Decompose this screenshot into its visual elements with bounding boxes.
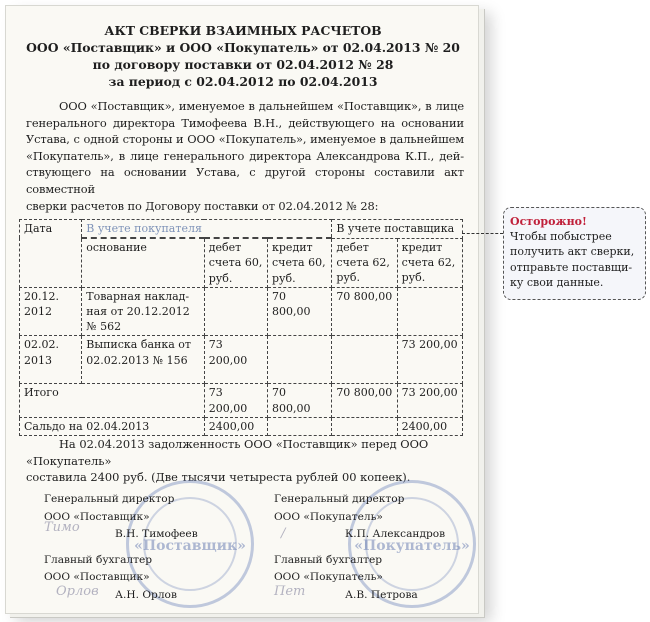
header-debit62: дебет счета 62, руб. bbox=[332, 238, 397, 287]
callout-heading: Осторожно! bbox=[510, 214, 640, 229]
warning-callout: Осторожно! Чтобы побыстрее получить акт … bbox=[503, 207, 646, 300]
intro-line: сверки расчетов по Договору поставки от … bbox=[26, 198, 464, 215]
callout-connector bbox=[462, 233, 503, 234]
header-basis: основание bbox=[82, 238, 204, 287]
total-label: Итого bbox=[20, 384, 205, 417]
cell-credit62: 73 200,00 bbox=[397, 336, 462, 384]
buyer-director-title: Генеральный директор bbox=[274, 491, 445, 509]
intro-line: Устава, с одной стороны и ООО «Покупател… bbox=[26, 131, 464, 148]
cell-credit60: 70 800,00 bbox=[268, 287, 332, 336]
reconciliation-table: Дата В учете покупателя В учете поставщи… bbox=[19, 219, 463, 436]
cell-credit60 bbox=[268, 336, 332, 384]
table-balance-row: Сальдо на 02.04.2013 2400,00 2400,00 bbox=[20, 417, 463, 435]
supplier-director-title: Генеральный директор bbox=[44, 491, 198, 509]
cell-credit62 bbox=[397, 287, 462, 336]
table-total-row: Итого 73 200,00 70 800,00 70 800,00 73 2… bbox=[20, 384, 463, 417]
title-line: АКТ СВЕРКИ ВЗАИМНЫХ РАСЧЕТОВ bbox=[6, 22, 480, 39]
intro-line: ствующего на основании Устава, с другой … bbox=[26, 164, 464, 197]
cell-basis: Товарная наклад-ная от 20.12.2012 № 562 bbox=[82, 287, 204, 336]
callout-line: ку свои данные. bbox=[510, 275, 640, 290]
cell-date: 20.12. 2012 bbox=[20, 287, 82, 336]
table-subheader-row: основание дебет счета 60, руб. кредит сч… bbox=[20, 238, 463, 287]
supplier-accountant-title: Главный бухгалтер bbox=[44, 552, 198, 570]
spacer bbox=[274, 544, 445, 552]
cell-debit62 bbox=[332, 336, 397, 384]
callout-text: Чтобы побыстрее получить акт сверки, отп… bbox=[510, 229, 640, 290]
table-row: 20.12. 2012 Товарная наклад-ная от 20.12… bbox=[20, 287, 463, 336]
cell-date: 02.02. 2013 bbox=[20, 336, 82, 384]
intro-line: «Покупатель», в лице генерального директ… bbox=[26, 148, 464, 165]
header-debit60: дебет счета 60, руб. bbox=[204, 238, 267, 287]
total-credit60: 70 800,00 bbox=[268, 384, 332, 417]
cell-debit60 bbox=[204, 287, 267, 336]
cell-debit62: 70 800,00 bbox=[332, 287, 397, 336]
document-title: АКТ СВЕРКИ ВЗАИМНЫХ РАСЧЕТОВ ООО «Постав… bbox=[6, 22, 480, 90]
spacer bbox=[44, 544, 198, 552]
buyer-accountant-name: А.В. Петрова bbox=[274, 587, 445, 605]
header-credit62: кредит счета 62, руб. bbox=[397, 238, 462, 287]
closing-paragraph: На 02.04.2013 задолженность ООО «Поставщ… bbox=[26, 436, 464, 486]
supplier-accountant-org: ООО «Поставщик» bbox=[44, 569, 198, 587]
intro-paragraph: ООО «Поставщик», именуемое в дальнейшем … bbox=[26, 98, 464, 214]
supplier-director-org: ООО «Поставщик» bbox=[44, 509, 198, 527]
balance-credit62: 2400,00 bbox=[397, 417, 462, 435]
balance-credit60 bbox=[268, 417, 332, 435]
intro-line: ООО «Поставщик», именуемое в дальнейшем … bbox=[26, 98, 464, 115]
title-line: по договору поставки от 02.04.2012 № 28 bbox=[6, 56, 480, 73]
supplier-signature-block: Генеральный директор ООО «Поставщик» В.Н… bbox=[44, 491, 198, 604]
supplier-director-name: В.Н. Тимофеев bbox=[44, 526, 198, 544]
total-debit62: 70 800,00 bbox=[332, 384, 397, 417]
supplier-accountant-name: А.Н. Орлов bbox=[44, 587, 198, 605]
document-page: АКТ СВЕРКИ ВЗАИМНЫХ РАСЧЕТОВ ООО «Постав… bbox=[5, 5, 479, 614]
total-credit62: 73 200,00 bbox=[397, 384, 462, 417]
header-supplier-group: В учете поставщика bbox=[332, 220, 463, 239]
table-row: 02.02. 2013 Выписка банка от 02.02.2013 … bbox=[20, 336, 463, 384]
callout-line: Чтобы побыстрее bbox=[510, 229, 640, 244]
cell-basis: Выписка банка от 02.02.2013 № 156 bbox=[82, 336, 204, 384]
buyer-director-org: ООО «Покупатель» bbox=[274, 509, 445, 527]
header-date: Дата bbox=[20, 220, 82, 288]
buyer-signature-block: Генеральный директор ООО «Покупатель» К.… bbox=[274, 491, 445, 604]
callout-line: отправьте поставщи- bbox=[510, 260, 640, 275]
callout-line: получить акт сверки, bbox=[510, 244, 640, 259]
closing-line: На 02.04.2013 задолженность ООО «Поставщ… bbox=[26, 436, 464, 469]
buyer-director-name: К.П. Александров bbox=[274, 526, 445, 544]
header-buyer-group: В учете покупателя bbox=[82, 220, 332, 239]
intro-line: генерального директора Тимофеева В.Н., д… bbox=[26, 115, 464, 132]
balance-debit60: 2400,00 bbox=[204, 417, 267, 435]
cell-debit60: 73 200,00 bbox=[204, 336, 267, 384]
title-line: ООО «Поставщик» и ООО «Покупатель» от 02… bbox=[6, 39, 480, 56]
buyer-accountant-org: ООО «Покупатель» bbox=[274, 569, 445, 587]
header-credit60: кредит счета 60, руб. bbox=[268, 238, 332, 287]
total-debit60: 73 200,00 bbox=[204, 384, 267, 417]
table-header-row: Дата В учете покупателя В учете поставщи… bbox=[20, 220, 463, 239]
buyer-accountant-title: Главный бухгалтер bbox=[274, 552, 445, 570]
title-line: за период с 02.04.2012 по 02.04.2013 bbox=[6, 73, 480, 90]
balance-label: Сальдо на 02.04.2013 bbox=[20, 417, 205, 435]
balance-debit62 bbox=[332, 417, 397, 435]
